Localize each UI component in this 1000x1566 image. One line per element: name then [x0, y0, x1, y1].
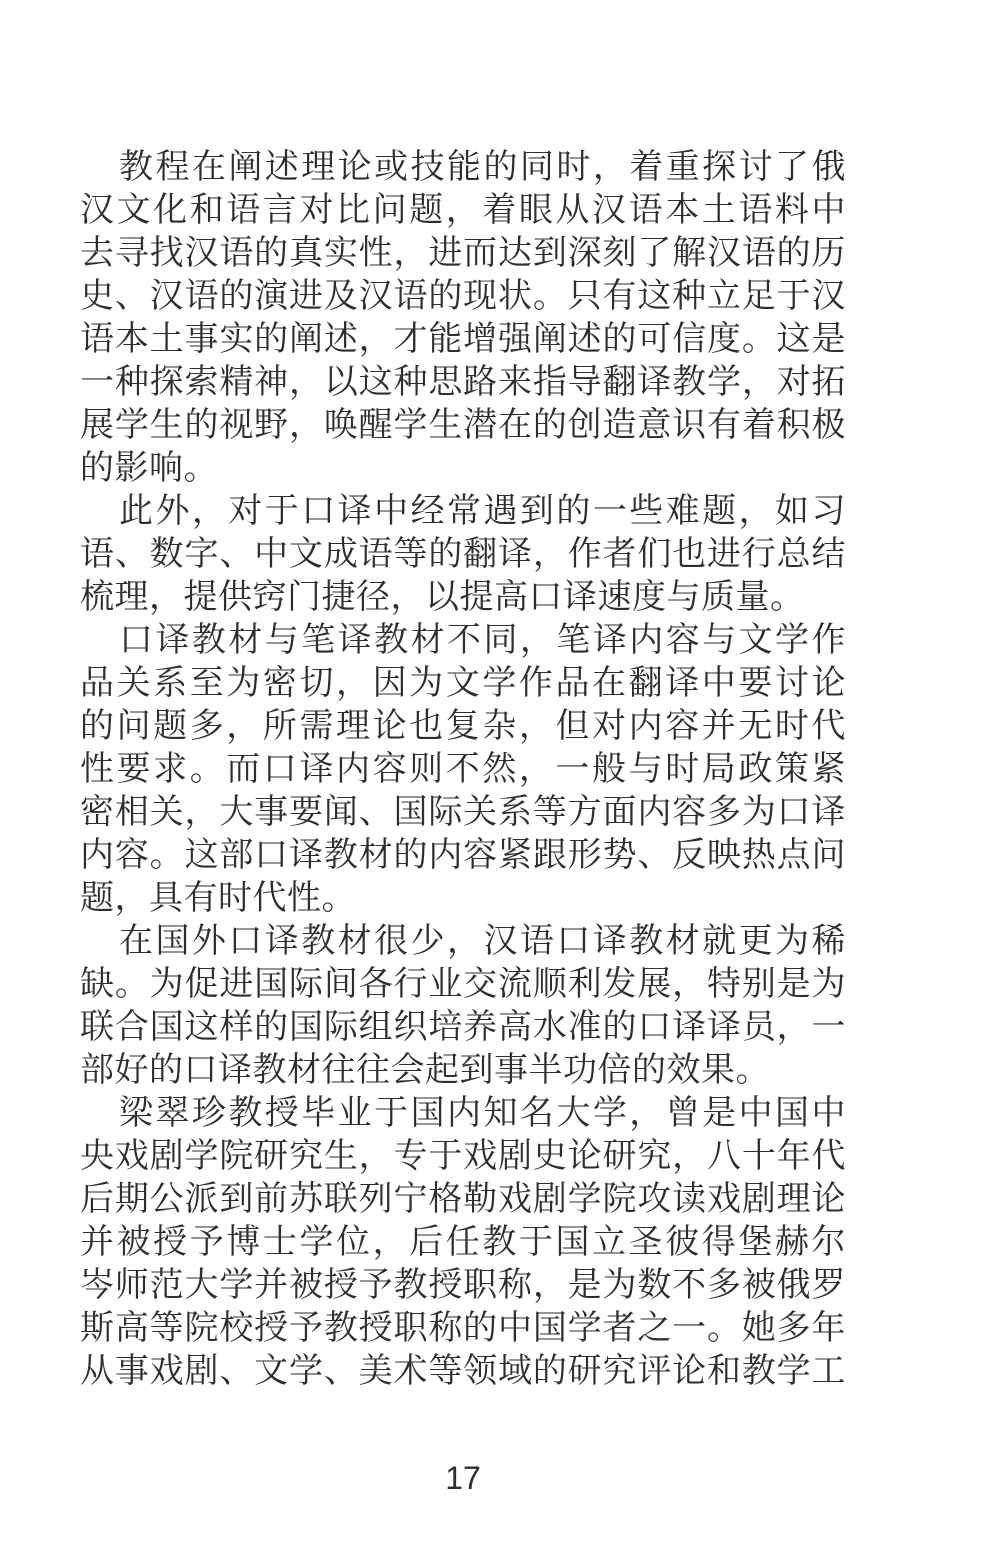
text-line: 内容。这部口译教材的内容紧跟形势、反映热点问 — [80, 834, 846, 877]
text-line: 一种探索精神，以这种思路来指导翻译教学，对拓 — [80, 361, 846, 404]
text-line: 央戏剧学院研究生，专于戏剧史论研究，八十年代 — [80, 1135, 846, 1178]
text-line: 岑师范大学并被授予教授职称，是为数不多被俄罗 — [80, 1264, 846, 1307]
book-page: 教程在阐述理论或技能的同时，着重探讨了俄汉文化和语言对比问题，着眼从汉语本土语料… — [0, 0, 1000, 1566]
text-line: 口译教材与笔译教材不同，笔译内容与文学作 — [80, 619, 846, 662]
text-line: 语、数字、中文成语等的翻译，作者们也进行总结 — [80, 533, 846, 576]
text-line: 梳理，提供窍门捷径，以提高口译速度与质量。 — [80, 576, 846, 619]
text-line: 联合国这样的国际组织培养高水准的口译译员，一 — [80, 1006, 846, 1049]
text-line: 展学生的视野，唤醒学生潜在的创造意识有着积极 — [80, 404, 846, 447]
text-line: 题，具有时代性。 — [80, 877, 846, 920]
text-line: 梁翠珍教授毕业于国内知名大学，曾是中国中 — [80, 1092, 846, 1135]
text-line: 并被授予博士学位，后任教于国立圣彼得堡赫尔 — [80, 1221, 846, 1264]
text-line: 从事戏剧、文学、美术等领域的研究评论和教学工 — [80, 1350, 846, 1393]
text-line: 史、汉语的演进及汉语的现状。只有这种立足于汉 — [80, 275, 846, 318]
text-line: 语本土事实的阐述，才能增强阐述的可信度。这是 — [80, 318, 846, 361]
text-line: 的影响。 — [80, 447, 846, 490]
page-number: 17 — [80, 1460, 846, 1497]
text-line: 去寻找汉语的真实性，进而达到深刻了解汉语的历 — [80, 232, 846, 275]
text-line: 品关系至为密切，因为文学作品在翻译中要讨论 — [80, 662, 846, 705]
text-line: 在国外口译教材很少，汉语口译教材就更为稀 — [80, 920, 846, 963]
text-line: 汉文化和语言对比问题，着眼从汉语本土语料中 — [80, 189, 846, 232]
text-line: 部好的口译教材往往会起到事半功倍的效果。 — [80, 1049, 846, 1092]
text-line: 此外，对于口译中经常遇到的一些难题，如习 — [80, 490, 846, 533]
text-line: 斯高等院校授予教授职称的中国学者之一。她多年 — [80, 1307, 846, 1350]
text-block: 教程在阐述理论或技能的同时，着重探讨了俄汉文化和语言对比问题，着眼从汉语本土语料… — [80, 146, 846, 1393]
text-line: 后期公派到前苏联列宁格勒戏剧学院攻读戏剧理论 — [80, 1178, 846, 1221]
text-line: 教程在阐述理论或技能的同时，着重探讨了俄 — [80, 146, 846, 189]
text-line: 性要求。而口译内容则不然，一般与时局政策紧 — [80, 748, 846, 791]
text-line: 密相关，大事要闻、国际关系等方面内容多为口译 — [80, 791, 846, 834]
text-line: 缺。为促进国际间各行业交流顺利发展，特别是为 — [80, 963, 846, 1006]
text-line: 的问题多，所需理论也复杂，但对内容并无时代 — [80, 705, 846, 748]
